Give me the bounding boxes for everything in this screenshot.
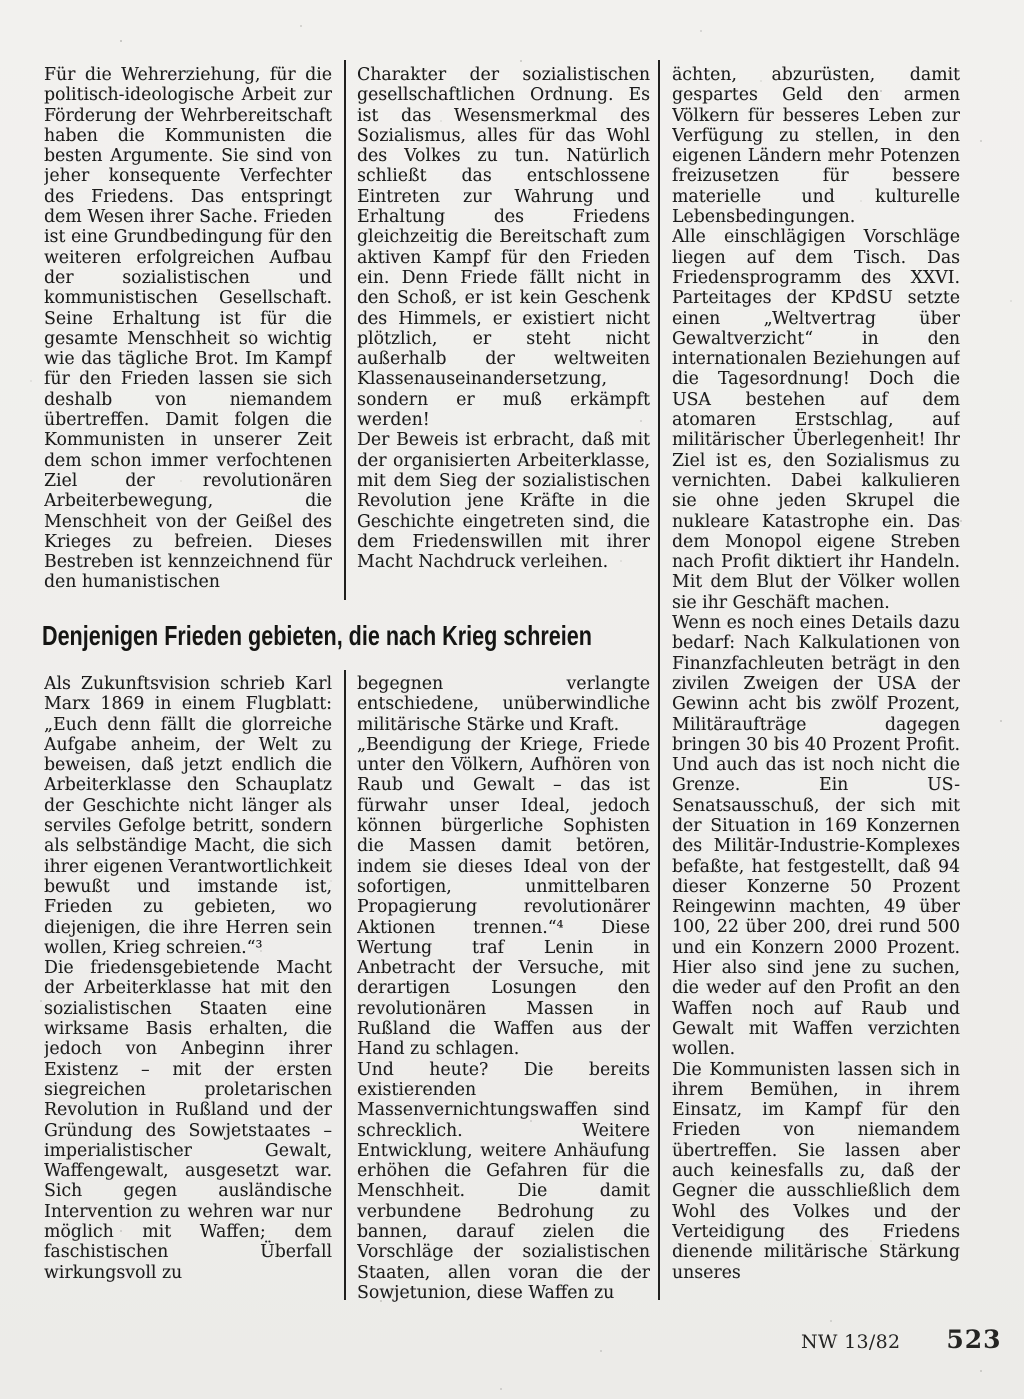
paragraph: Charakter der sozialistischen gesellscha… <box>357 65 650 430</box>
paragraph: Und heute? Die bereits existierenden Mas… <box>357 1060 650 1304</box>
paragraph: Als Zukunftsvision schrieb Karl Marx 186… <box>44 674 332 958</box>
paragraph: Alle einschlägigen Vorschläge liegen auf… <box>672 227 960 613</box>
magazine-page: Für die Wehrerziehung, für die politisch… <box>0 0 1024 1399</box>
journal-issue-label: NW 13/82 <box>801 1331 900 1353</box>
column-divider-upper <box>344 60 346 600</box>
text-column-2-lower: begegnen verlangte entschiedene, unüberw… <box>357 674 650 1304</box>
paragraph: Für die Wehrerziehung, für die politisch… <box>44 65 332 593</box>
text-column-3: ächten, abzurüsten, damit gespartes Geld… <box>672 65 960 1305</box>
paragraph: begegnen verlangte entschiedene, unüberw… <box>357 674 650 735</box>
paper-texture-dots <box>0 0 2 2</box>
section-heading-text: Denjenigen Frieden gebieten, die nach Kr… <box>42 620 592 652</box>
paragraph: ächten, abzurüsten, damit gespartes Geld… <box>672 65 960 227</box>
text-column-1-lower: Als Zukunftsvision schrieb Karl Marx 186… <box>44 674 332 1304</box>
text-column-1-upper: Für die Wehrerziehung, für die politisch… <box>44 65 332 610</box>
column-divider-right <box>658 60 660 1300</box>
paragraph: Der Beweis ist erbracht, daß mit der org… <box>357 430 650 572</box>
page-number: 523 <box>946 1325 1001 1354</box>
paragraph: Wenn es noch eines Details dazu bedarf: … <box>672 613 960 1060</box>
paragraph: „Beendigung der Kriege, Friede unter den… <box>357 735 650 1060</box>
text-column-2-upper: Charakter der sozialistischen gesellscha… <box>357 65 650 610</box>
page-footer: NW 13/82 523 <box>801 1325 1002 1354</box>
section-heading: Denjenigen Frieden gebieten, die nach Kr… <box>42 620 662 652</box>
paragraph: Die friedensgebietende Macht der Arbeite… <box>44 958 332 1283</box>
column-divider-lower <box>344 670 346 1300</box>
paragraph: Die Kommunisten lassen sich in ihrem Bem… <box>672 1060 960 1283</box>
